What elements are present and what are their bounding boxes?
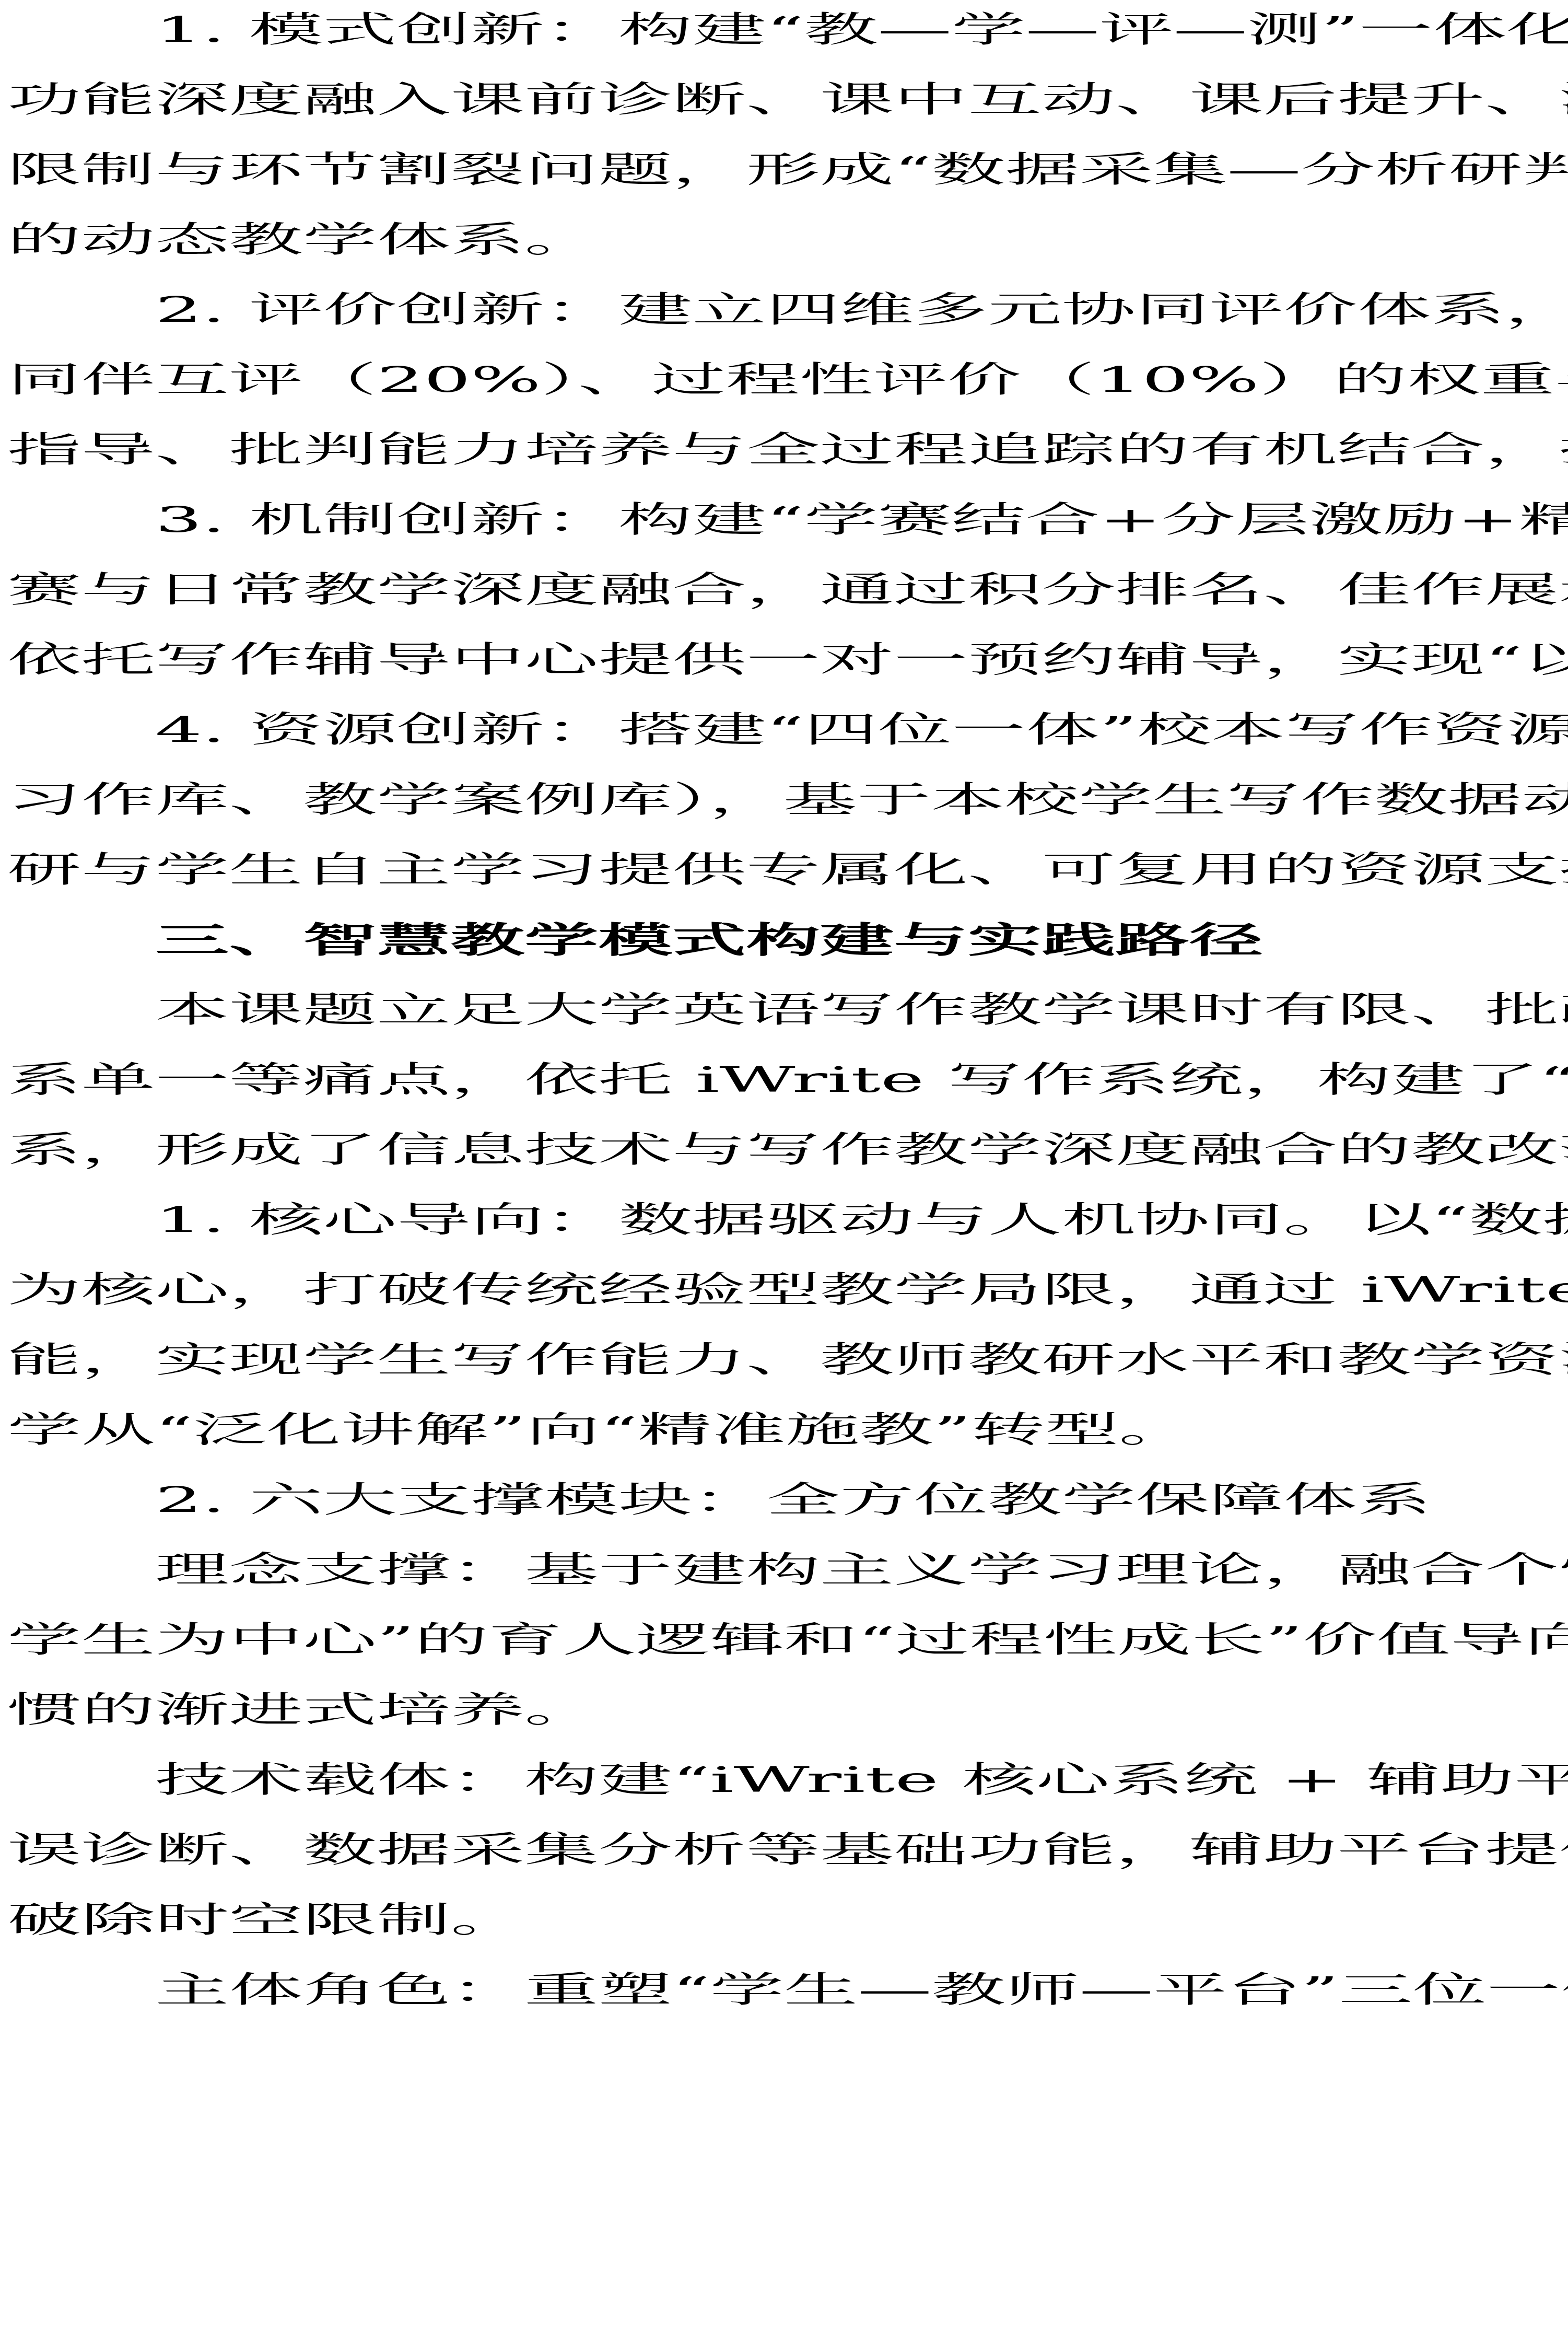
document-page: 1. 模式创新：构建“教—学—评—测”一体化智慧教学闭环，将 iWrite 写作…: [7, 7, 1562, 2037]
paragraph-line: 为核心，打破传统经验型教学局限，通过 iWrite 写作系统的智能评阅、数据统计…: [7, 1267, 1562, 1337]
paragraph-line: 1. 核心导向：数据驱动与人机协同。以“数据驱动精准教学，人机协同提升素养”: [7, 1197, 1562, 1267]
paragraph-line: 技术载体：构建“iWrite 核心系统 + 辅助平台”二元架构，核心系统实现语法…: [7, 1757, 1562, 1827]
paragraph-line: 惯的渐进式培养。: [7, 1687, 1562, 1757]
paragraph-line: 理念支撑：基于建构主义学习理论，融合个性化学习与过程性评价理念，确立“以: [7, 1547, 1562, 1617]
paragraph-line: 能，实现学生写作能力、教师教研水平和教学资源建设的三维协同发展，推动写作教: [7, 1337, 1562, 1407]
paragraph-line: 学生为中心”的育人逻辑和“过程性成长”价值导向，注重学生写作思维、能力与习: [7, 1617, 1562, 1687]
paragraph-line: 系，形成了信息技术与写作教学深度融合的教改范式。: [7, 1127, 1562, 1197]
paragraph-line: 指导、批判能力培养与全过程追踪的有机结合，提升评价的科学性与全面性。: [7, 427, 1562, 497]
paragraph-line: 破除时空限制。: [7, 1897, 1562, 1967]
subsection-heading: 2. 六大支撑模块：全方位教学保障体系: [7, 1477, 1562, 1547]
paragraph-line: 的动态教学体系。: [7, 217, 1562, 287]
paragraph-line: 4. 资源创新：搭建“四位一体”校本写作资源库（语料库、个性化任务库、优秀: [7, 707, 1562, 777]
paragraph-line: 功能深度融入课前诊断、课中互动、课后提升、测评反馈全环节，打破传统教学时空: [7, 77, 1562, 147]
paragraph-line: 学从“泛化讲解”向“精准施教”转型。: [7, 1407, 1562, 1477]
paragraph-line: 3. 机制创新：构建“学赛结合+分层激励+精准辅导”的教学保障机制，将学科竞: [7, 497, 1562, 567]
paragraph-line: 主体角色：重塑“学生—教师—平台”三位一体协同模式。学生兼具自主学习者: [7, 1967, 1562, 2037]
section-heading: 三、智慧教学模式构建与实践路径: [7, 917, 1562, 987]
paragraph-line: 1. 模式创新：构建“教—学—评—测”一体化智慧教学闭环，将 iWrite 写作…: [7, 7, 1562, 77]
paragraph-line: 限制与环节割裂问题，形成“数据采集—分析研判—精准施教—效果反馈—优化迭代”: [7, 147, 1562, 217]
paragraph-line: 同伴互评（20%）、过程性评价（10%）的权重与分工，实现基础错误诊断、高阶思维: [7, 357, 1562, 427]
paragraph-line: 误诊断、数据采集分析等基础功能，辅助平台提供预约辅导、资源共享等个性化服务，: [7, 1827, 1562, 1897]
paragraph-line: 研与学生自主学习提供专属化、可复用的资源支撑。: [7, 847, 1562, 917]
paragraph-line: 本课题立足大学英语写作教学课时有限、批改反馈滞后、教学方法固化、评价体: [7, 987, 1562, 1057]
paragraph-line: 2. 评价创新：建立四维多元协同评价体系，明确机器评阅（40%）、教师评阅（30…: [7, 287, 1562, 357]
paragraph-line: 系单一等痛点，依托 iWrite 写作系统，构建了“1 个核心+6 大模块”的智…: [7, 1057, 1562, 1127]
paragraph-line: 赛与日常教学深度融合，通过积分排名、佳作展示、进步奖评选等方式激发学生动力，: [7, 567, 1562, 637]
paragraph-line: 习作库、教学案例库），基于本校学生写作数据动态迭代资源，为精准教学、教师教: [7, 777, 1562, 847]
paragraph-line: 依托写作辅导中心提供一对一预约辅导，实现“以赛促学、因材施教”。: [7, 637, 1562, 707]
